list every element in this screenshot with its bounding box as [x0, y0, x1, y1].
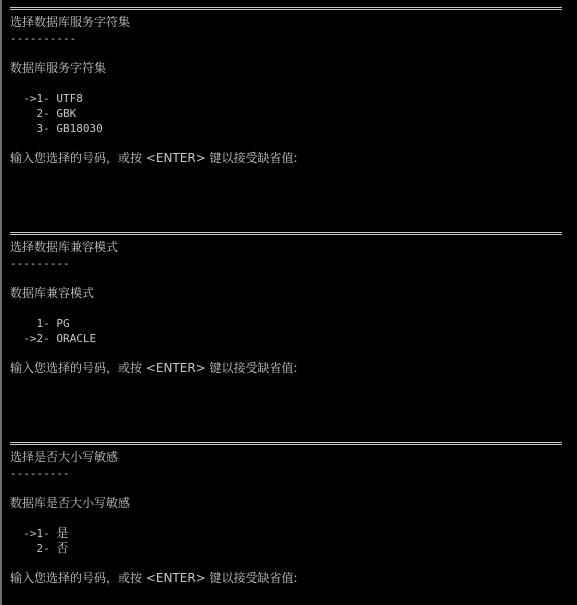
option-item[interactable]: 2- GBK [10, 106, 76, 121]
separator [10, 7, 562, 10]
title-underline: ---------- [10, 31, 76, 46]
option-heading: 数据库兼容模式 [10, 286, 94, 301]
option-item[interactable]: 3- GB18030 [10, 121, 103, 136]
terminal-window: 选择数据库服务字符集 ---------- 数据库服务字符集 ->1- UTF8… [0, 0, 577, 605]
option-item[interactable]: 2- 否 [10, 541, 68, 556]
separator [10, 232, 562, 235]
option-item[interactable]: ->2- ORACLE [10, 331, 96, 346]
title-underline: --------- [10, 256, 70, 271]
option-item[interactable]: 1- PG [10, 316, 70, 331]
input-prompt[interactable]: 输入您选择的号码，或按 <ENTER> 键以接受缺省值: [10, 151, 298, 166]
section-title: 选择数据库服务字符集 [10, 15, 130, 30]
input-prompt[interactable]: 输入您选择的号码，或按 <ENTER> 键以接受缺省值: [10, 571, 298, 586]
option-heading: 数据库服务字符集 [10, 61, 106, 76]
input-prompt[interactable]: 输入您选择的号码，或按 <ENTER> 键以接受缺省值: [10, 361, 298, 376]
section-title: 选择是否大小写敏感 [10, 450, 118, 465]
section-title: 选择数据库兼容模式 [10, 240, 118, 255]
option-item[interactable]: ->1- UTF8 [10, 91, 83, 106]
option-item[interactable]: ->1- 是 [10, 526, 68, 541]
separator [10, 442, 562, 445]
title-underline: --------- [10, 466, 70, 481]
option-heading: 数据库是否大小写敏感 [10, 496, 130, 511]
